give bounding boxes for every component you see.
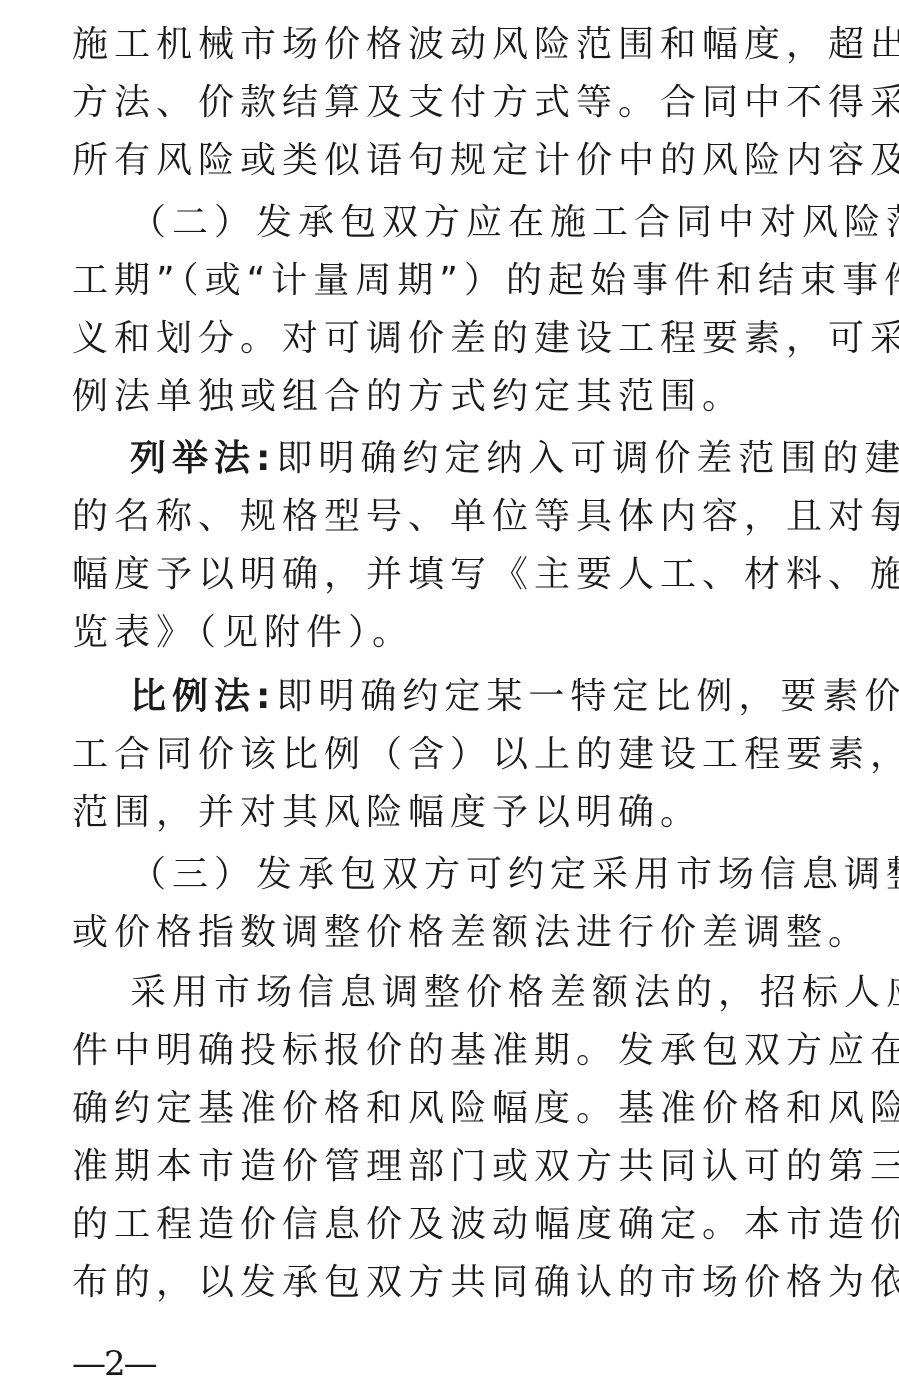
page-number: —2— xyxy=(72,1344,156,1384)
text-line: 采用市场信息调整价格差额法的，招标人应当在招标文 xyxy=(130,972,899,1014)
proportion-method-label: 比例法: xyxy=(130,676,276,717)
text-line: 览表》（见附件）。 xyxy=(72,612,414,654)
text-line: 工期”（或“计量周期”）的起始事件和结束事件进行详细定 xyxy=(72,260,899,302)
text-line: 施工机械市场价格波动风险范围和幅度，超出其幅度的调整 xyxy=(72,24,899,66)
document-page: 施工机械市场价格波动风险范围和幅度，超出其幅度的调整 方法、价款结算及支付方式等… xyxy=(0,0,899,1392)
section-three-heading-line: （三）发承包双方可约定采用市场信息调整价格差额法 xyxy=(130,854,899,896)
section-two-heading-line: （二）发承包双方应在施工合同中对风险范围所指“施 xyxy=(130,202,899,244)
enumeration-method-label: 列举法: xyxy=(130,438,276,479)
text-line: 的名称、规格型号、单位等具体内容，且对每种要素的风险 xyxy=(72,496,899,538)
text-line: 或价格指数调整价格差额法进行价差调整。 xyxy=(72,912,870,954)
text-line: 幅度予以明确，并填写《主要人工、材料、施工机械调价一 xyxy=(72,554,899,596)
proportion-method-line: 比例法:即明确约定某一特定比例，要素价格费用占施 xyxy=(130,676,899,718)
text-line: 布的，以发承包双方共同确认的市场价格为依据确定。价差 xyxy=(72,1262,899,1304)
text-line: 的工程造价信息价及波动幅度确定。本市造价管理部门未发 xyxy=(72,1204,899,1246)
text-line: 件中明确投标报价的基准期。发承包双方应在施工合同中明 xyxy=(72,1030,899,1072)
enumeration-method-line: 列举法:即明确约定纳入可调价差范围的建设工程要素 xyxy=(130,438,899,480)
enumeration-method-text: 即明确约定纳入可调价差范围的建设工程要素 xyxy=(276,438,899,479)
proportion-method-text: 即明确约定某一特定比例，要素价格费用占施 xyxy=(276,676,899,717)
text-line: 义和划分。对可调价差的建设工程要素，可采用列举法、比 xyxy=(72,318,899,360)
text-line: 准期本市造价管理部门或双方共同认可的第三方机构发布 xyxy=(72,1146,899,1188)
text-line: 范围，并对其风险幅度予以明确。 xyxy=(72,792,702,834)
text-line: 工合同价该比例（含）以上的建设工程要素，纳入可调价差 xyxy=(72,734,899,776)
text-line: 方法、价款结算及支付方式等。合同中不得采用无限风险、 xyxy=(72,82,899,124)
text-line: 确约定基准价格和风险幅度。基准价格和风险幅度可依据基 xyxy=(72,1088,899,1130)
text-line: 例法单独或组合的方式约定其范围。 xyxy=(72,376,744,418)
text-line: 所有风险或类似语句规定计价中的风险内容及范围。 xyxy=(72,140,899,182)
